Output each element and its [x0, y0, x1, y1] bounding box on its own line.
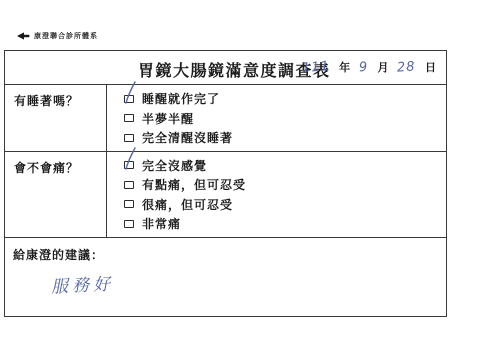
checkbox-icon[interactable] — [124, 161, 134, 169]
handwritten-check-icon — [124, 81, 137, 105]
date-year-value: 111 — [302, 59, 331, 76]
suggestion-label: 給康澄的建議： — [13, 246, 446, 263]
date-year-label: 年 — [339, 59, 350, 75]
checkbox-icon[interactable] — [124, 200, 134, 208]
suggestion-handwriting: 服務好 — [50, 269, 114, 297]
option-row[interactable]: 非常痛 — [107, 214, 446, 234]
option-label: 很痛，但可忍受 — [142, 196, 233, 213]
checkbox-icon[interactable] — [124, 220, 134, 228]
option-row[interactable]: 完全沒感覺 — [107, 156, 446, 176]
option-row[interactable]: 半夢半醒 — [107, 109, 446, 129]
date-day-label: 日 — [425, 59, 436, 75]
checkbox-icon[interactable] — [124, 114, 134, 122]
checkbox-icon[interactable] — [124, 134, 134, 142]
suggestion-section: 給康澄的建議： 服務好 — [5, 238, 446, 317]
clinic-logo-text: 康澄聯合診所體系 — [34, 31, 98, 41]
question-label: 會不會痛？ — [5, 152, 107, 237]
arrow-icon — [17, 32, 30, 40]
handwritten-check-icon — [124, 147, 137, 171]
date-month-value: 9 — [359, 60, 369, 76]
question-row: 會不會痛？完全沒感覺有點痛，但可忍受很痛，但可忍受非常痛 — [5, 152, 446, 238]
option-row[interactable]: 很痛，但可忍受 — [107, 195, 446, 215]
title-row: 胃鏡大腸鏡滿意度調查表 111 年 9 月 28 日 — [5, 51, 446, 85]
option-label: 非常痛 — [142, 215, 181, 232]
option-row[interactable]: 完全清醒沒睡著 — [107, 128, 446, 148]
question-options: 完全沒感覺有點痛，但可忍受很痛，但可忍受非常痛 — [107, 152, 446, 237]
option-label: 半夢半醒 — [142, 110, 194, 127]
checkbox-icon[interactable] — [124, 181, 134, 189]
date-month-label: 月 — [377, 59, 388, 75]
option-label: 完全清醒沒睡著 — [142, 129, 233, 146]
option-row[interactable]: 睡醒就作完了 — [107, 89, 446, 109]
checkbox-icon[interactable] — [124, 95, 134, 103]
option-label: 有點痛，但可忍受 — [142, 176, 246, 193]
option-label: 完全沒感覺 — [142, 157, 207, 174]
question-row: 有睡著嗎？睡醒就作完了半夢半醒完全清醒沒睡著 — [5, 85, 446, 152]
date-day-value: 28 — [397, 59, 417, 75]
survey-form: 胃鏡大腸鏡滿意度調查表 111 年 9 月 28 日 有睡著嗎？睡醒就作完了半夢… — [4, 50, 447, 317]
date-group: 111 年 9 月 28 日 — [302, 59, 436, 75]
clinic-logo: 康澄聯合診所體系 — [17, 31, 98, 41]
question-options: 睡醒就作完了半夢半醒完全清醒沒睡著 — [107, 85, 446, 151]
question-label: 有睡著嗎？ — [5, 85, 107, 151]
questions-container: 有睡著嗎？睡醒就作完了半夢半醒完全清醒沒睡著會不會痛？完全沒感覺有點痛，但可忍受… — [5, 85, 446, 238]
option-row[interactable]: 有點痛，但可忍受 — [107, 175, 446, 195]
option-label: 睡醒就作完了 — [142, 90, 220, 107]
